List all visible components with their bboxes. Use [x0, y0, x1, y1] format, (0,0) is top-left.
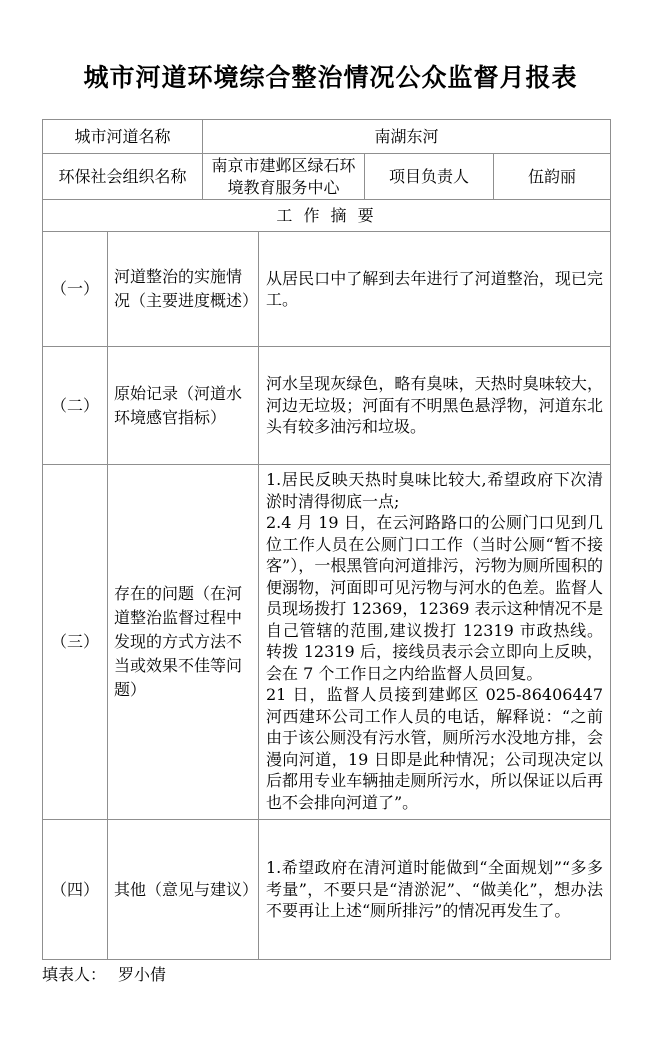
- form-filler-label: 填表人：: [42, 965, 106, 984]
- row-1-number: （一）: [43, 232, 107, 346]
- row-organization: 环保社会组织名称 南京市建邺区绿石环境教育服务中心 项目负责人 伍韵丽: [43, 153, 610, 199]
- report-page: 城市河道环境综合整治情况公众监督月报表 城市河道名称 南湖东河 环保社会组织名称…: [0, 0, 661, 1041]
- row-3-category: 存在的问题（在河道整治监督过程中发现的方式方法不当或效果不佳等问题）: [107, 465, 258, 819]
- row-4-content: 1.希望政府在清河道时能做到“全面规划”“多多考量”，不要只是“清淤泥”、“做美…: [258, 820, 610, 959]
- row-2-number: （二）: [43, 347, 107, 464]
- row-2-content: 河水呈现灰绿色，略有臭味，天热时臭味较大，河边无垃圾；河面有不明黑色悬浮物，河道…: [258, 347, 610, 464]
- report-table: 城市河道名称 南湖东河 环保社会组织名称 南京市建邺区绿石环境教育服务中心 项目…: [42, 119, 611, 960]
- row-3-paragraph-1: 1.居民反映天热时臭味比较大,希望政府下次清淤时清得彻底一点;: [266, 469, 603, 512]
- row-4-number: （四）: [43, 820, 107, 959]
- form-filler-line: 填表人：罗小倩: [42, 962, 166, 985]
- row-river-name: 城市河道名称 南湖东河: [43, 120, 610, 153]
- form-filler-name: 罗小倩: [118, 965, 166, 984]
- row-3-number: （三）: [43, 465, 107, 819]
- row-1-category: 河道整治的实施情况（主要进度概述）: [107, 232, 258, 346]
- org-name-label: 环保社会组织名称: [43, 154, 202, 199]
- table-row-3: （三） 存在的问题（在河道整治监督过程中发现的方式方法不当或效果不佳等问题） 1…: [43, 464, 610, 819]
- row-2-paragraph-1: 河水呈现灰绿色，略有臭味，天热时臭味较大，河边无垃圾；河面有不明黑色悬浮物，河道…: [266, 373, 603, 438]
- row-2-category: 原始记录（河道水环境感官指标）: [107, 347, 258, 464]
- row-4-paragraph-1: 1.希望政府在清河道时能做到“全面规划”“多多考量”，不要只是“清淤泥”、“做美…: [266, 857, 603, 922]
- row-3-paragraph-3: 21 日，监督人员接到建邺区 025-86406447 河西建环公司工作人员的电…: [266, 684, 603, 813]
- row-3-paragraph-2: 2.4 月 19 日，在云河路路口的公厕门口见到几位工作人员在公厕门口工作（当时…: [266, 512, 603, 684]
- row-3-content: 1.居民反映天热时臭味比较大,希望政府下次清淤时清得彻底一点; 2.4 月 19…: [258, 465, 610, 819]
- river-name-label: 城市河道名称: [43, 120, 202, 153]
- project-leader-label: 项目负责人: [364, 154, 493, 199]
- row-1-paragraph-1: 从居民口中了解到去年进行了河道整治，现已完工。: [266, 268, 603, 311]
- river-name-value: 南湖东河: [202, 120, 610, 153]
- row-1-content: 从居民口中了解到去年进行了河道整治，现已完工。: [258, 232, 610, 346]
- project-leader-value: 伍韵丽: [493, 154, 610, 199]
- row-4-category: 其他（意见与建议）: [107, 820, 258, 959]
- org-name-value: 南京市建邺区绿石环境教育服务中心: [202, 154, 364, 199]
- row-work-summary-header: 工 作 摘 要: [43, 199, 610, 231]
- work-summary-title: 工 作 摘 要: [43, 200, 610, 231]
- table-row-2: （二） 原始记录（河道水环境感官指标） 河水呈现灰绿色，略有臭味，天热时臭味较大…: [43, 346, 610, 464]
- table-row-1: （一） 河道整治的实施情况（主要进度概述） 从居民口中了解到去年进行了河道整治，…: [43, 231, 610, 346]
- table-row-4: （四） 其他（意见与建议） 1.希望政府在清河道时能做到“全面规划”“多多考量”…: [43, 819, 610, 959]
- page-title: 城市河道环境综合整治情况公众监督月报表: [0, 58, 661, 94]
